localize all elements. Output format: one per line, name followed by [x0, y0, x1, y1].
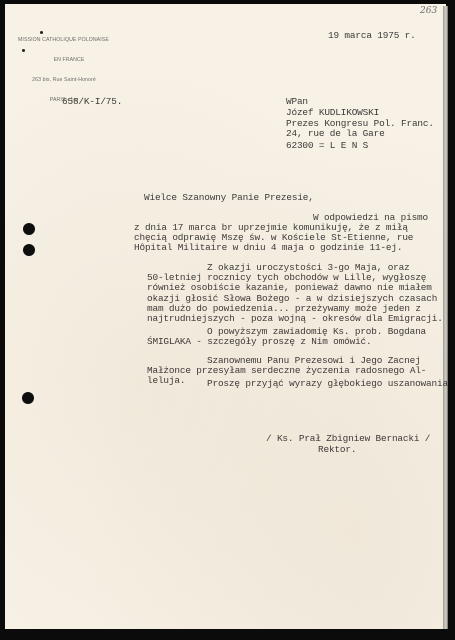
- salutation: Wielce Szanowny Panie Prezesie,: [144, 193, 314, 204]
- binder-hole: [23, 223, 35, 235]
- body-line: Hôpital Militaire w dniu 4 maja o godzin…: [134, 243, 402, 254]
- body-line: leluja.: [147, 376, 185, 387]
- stamp-ink-dot: [40, 31, 43, 34]
- letterhead-line3: 263 bis, Rue Saint-Honoré: [20, 77, 108, 84]
- stamp-ink-dot: [22, 49, 25, 52]
- page-number: 263: [420, 6, 437, 16]
- binder-hole: [23, 244, 35, 256]
- closing-line: Proszę przyjąć wyrazy głębokiego uszanow…: [207, 379, 448, 390]
- page-edge-shadow: [443, 6, 448, 629]
- body-line: najtrudniejszych - poza wojną - okresów …: [147, 314, 443, 325]
- body-line: również osobiście kazanie, ponieważ dawn…: [147, 283, 432, 294]
- recipient-line1: WPan: [286, 97, 308, 108]
- body-line: ŚMIGLAKA - szczegóły proszę z Nim omówić…: [147, 337, 372, 348]
- letterhead-line2: EN FRANCE: [30, 57, 108, 64]
- letterhead-line1: MISSION CATHOLIQUE POLONAISE: [18, 37, 108, 44]
- signature-title: Rektor.: [318, 445, 356, 456]
- recipient-line5: 62300 = L E N S: [286, 141, 368, 152]
- letter-date: 19 marca 1975 r.: [328, 31, 416, 42]
- recipient-line2: Józef KUDLIKOWSKI: [286, 108, 379, 119]
- reference-number: 658/K-I/75.: [62, 97, 122, 108]
- body-line: Małżonce przesyłam serdeczne życzenia ra…: [147, 366, 426, 377]
- recipient-line4: 24, rue de la Gare: [286, 129, 385, 140]
- binder-hole: [22, 392, 34, 404]
- signature-name: / Ks. Prał Zbigniew Bernacki /: [266, 434, 430, 445]
